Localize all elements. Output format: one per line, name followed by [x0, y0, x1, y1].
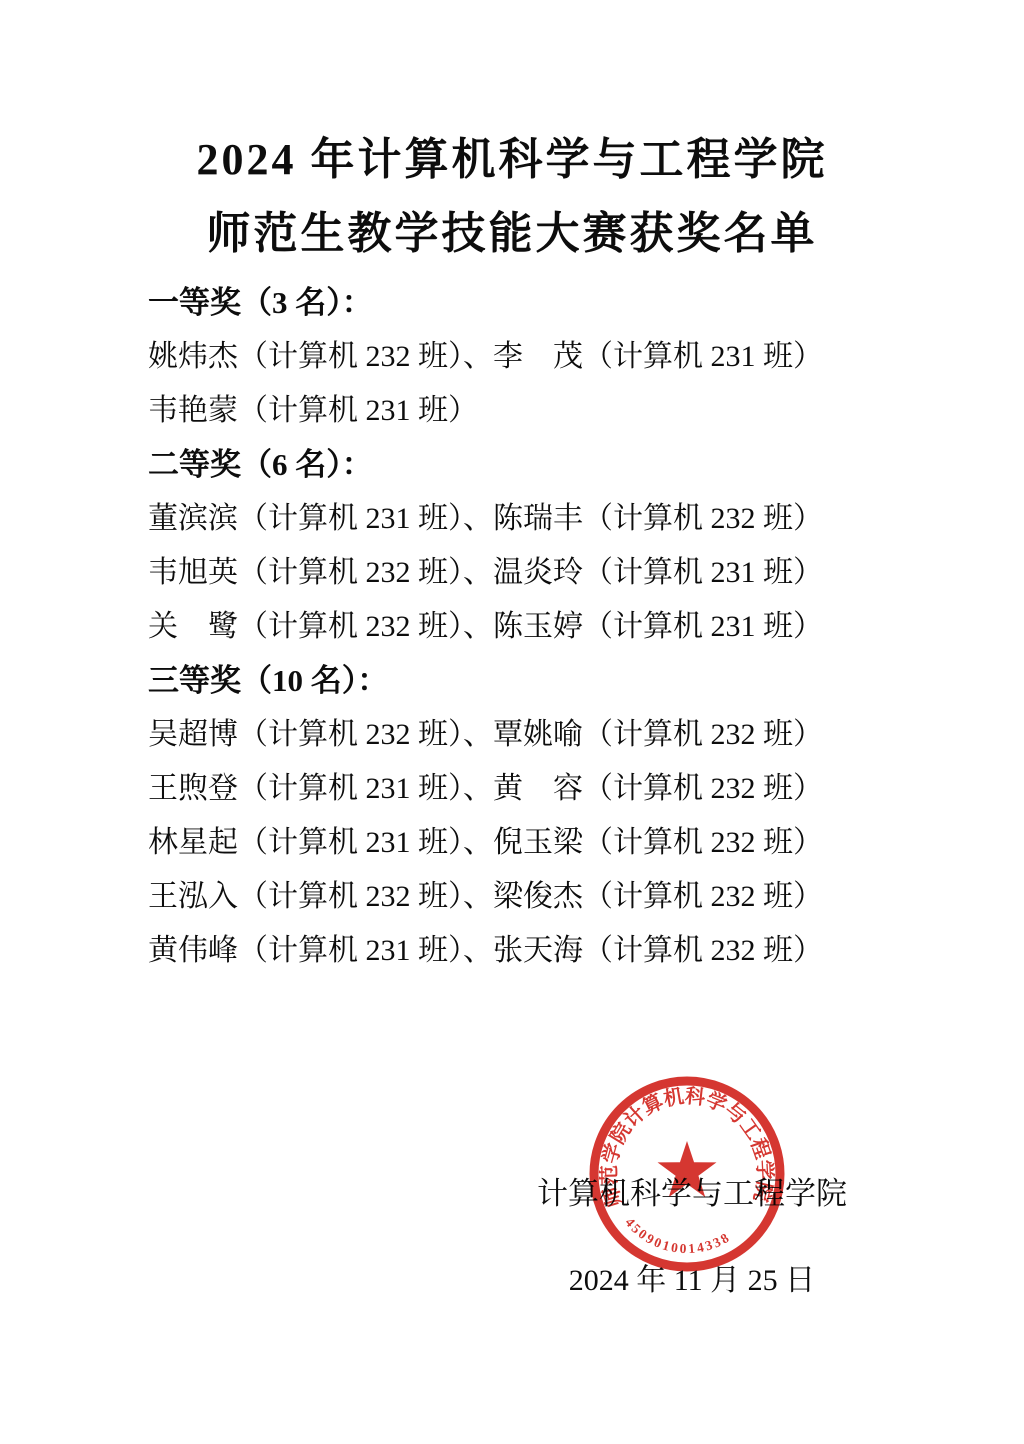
document-page: 2024 年计算机科学与工程学院 师范生教学技能大赛获奖名单 一等奖（3 名）：… [0, 0, 1024, 1444]
doc-title-line-2: 师范生教学技能大赛获奖名单 [0, 212, 1024, 256]
award-line: 吴超博（计算机 232 班）、覃姚喻（计算机 232 班） [148, 708, 878, 762]
award-line: 林星起（计算机 231 班）、倪玉梁（计算机 232 班） [148, 816, 878, 870]
award-line: 韦艳蒙（计算机 231 班） [148, 384, 878, 438]
official-seal-stamp: 师范学院计算机科学与工程学院 4509010014338 [586, 1073, 788, 1275]
section-heading-third-prize: 三等奖（10 名）： [148, 654, 878, 708]
award-list: 一等奖（3 名）： 姚炜杰（计算机 232 班）、李 茂（计算机 231 班） … [148, 276, 878, 978]
star-icon [658, 1141, 717, 1197]
doc-title-line-1: 2024 年计算机科学与工程学院 [0, 138, 1024, 182]
award-line: 韦旭英（计算机 232 班）、温炎玲（计算机 231 班） [148, 546, 878, 600]
award-line: 黄伟峰（计算机 231 班）、张天海（计算机 232 班） [148, 924, 878, 978]
award-line: 董滨滨（计算机 231 班）、陈瑞丰（计算机 232 班） [148, 492, 878, 546]
award-line: 王煦登（计算机 231 班）、黄 容（计算机 232 班） [148, 762, 878, 816]
section-heading-second-prize: 二等奖（6 名）： [148, 438, 878, 492]
award-line: 姚炜杰（计算机 232 班）、李 茂（计算机 231 班） [148, 330, 878, 384]
award-line: 关 鹭（计算机 232 班）、陈玉婷（计算机 231 班） [148, 600, 878, 654]
section-heading-first-prize: 一等奖（3 名）： [148, 276, 878, 330]
award-line: 王泓入（计算机 232 班）、梁俊杰（计算机 232 班） [148, 870, 878, 924]
